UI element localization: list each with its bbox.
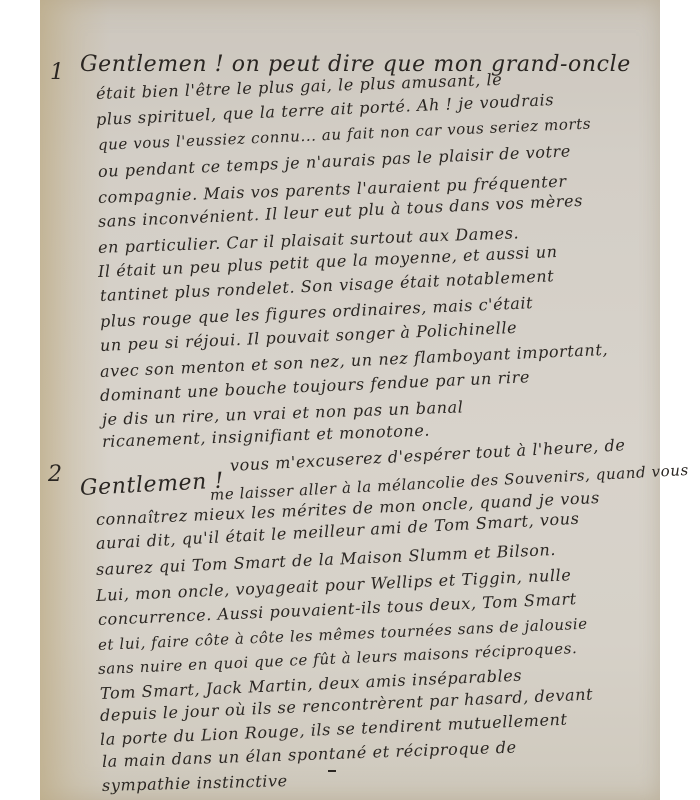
manuscript-line: Gentlemen ! [79, 468, 224, 501]
section-number-2: 2 [48, 462, 62, 487]
manuscript-line: sympathie instinctive [102, 771, 288, 795]
footer-dash-mark [328, 770, 336, 772]
section-number-1: 1 [50, 60, 64, 85]
manuscript-line: Gentlemen ! on peut dire que mon grand-o… [80, 52, 631, 77]
manuscript-page: 1 Gentlemen ! on peut dire que mon grand… [40, 0, 660, 800]
